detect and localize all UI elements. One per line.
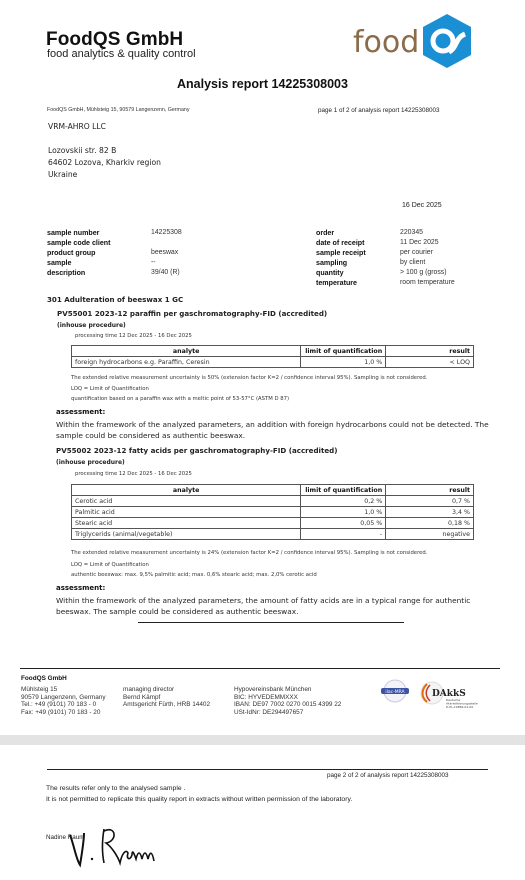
- table-header-row: analyte limit of quantification result: [72, 485, 474, 496]
- table-row: Triglycerids (animal/vegetable)-negative: [72, 529, 474, 540]
- section-title: 301 Adulteration of beeswax 1 GC: [47, 295, 183, 304]
- meta-label: date of receipt: [316, 239, 365, 247]
- report-title: Analysis report 14225308003: [0, 77, 525, 91]
- meta-value: 220345: [400, 229, 423, 236]
- col-loq: limit of quantification: [301, 485, 386, 496]
- footer-city: 90579 Langenzenn, Germany: [21, 694, 106, 702]
- table-row: foreign hydrocarbons e.g. Paraffin, Cere…: [72, 357, 474, 368]
- method1-procedure: (inhouse procedure): [57, 322, 126, 329]
- foodqs-logo: food: [353, 12, 475, 68]
- method2-assessment-label: assessment:: [56, 584, 105, 592]
- result-cell: negative: [386, 529, 474, 540]
- meta-value: 39/40 (R): [151, 269, 180, 276]
- table-row: Cerotic acid0,2 %0,7 %: [72, 496, 474, 507]
- meta-label: sample receipt: [316, 249, 366, 257]
- table-row: Stearic acid0,05 %0,18 %: [72, 518, 474, 529]
- analyte-cell: foreign hydrocarbons e.g. Paraffin, Cere…: [72, 357, 301, 368]
- method1-note-loq: LOQ = Limit of Quantification: [71, 386, 149, 392]
- col-analyte: analyte: [72, 485, 301, 496]
- meta-value: room temperature: [400, 279, 455, 286]
- col-result: result: [386, 346, 474, 357]
- meta-value: by client: [400, 259, 425, 266]
- dakks-logo: DAkkS Deutsche Akkreditierungsstelle D-P…: [417, 680, 507, 710]
- method1-note-uncertainty: The extended relative measurement uncert…: [71, 375, 427, 381]
- method2-processing-time: processing time 12 Dec 2025 - 16 Dec 202…: [75, 471, 192, 477]
- result-cell: < LOQ: [386, 357, 474, 368]
- footer-bic: BIC: HYVEDEMMXXX: [234, 694, 341, 702]
- method2-note-loq: LOQ = Limit of Quantification: [71, 562, 149, 568]
- loq-cell: 1,0 %: [301, 507, 386, 518]
- result-cell: 0,18 %: [386, 518, 474, 529]
- sender-line: FoodQS GmbH, Mühlsteig 15, 90579 Langenz…: [47, 107, 190, 113]
- method2-note-limits: authentic beeswax: max. 9,5% palmitic ac…: [71, 572, 317, 578]
- analyte-cell: Stearic acid: [72, 518, 301, 529]
- meta-label: description: [47, 269, 85, 277]
- footer-street: Mühlsteig 15: [21, 686, 106, 694]
- fatty-acids-results-table: analyte limit of quantification result C…: [71, 484, 474, 540]
- recipient-city: 64602 Lozova, Kharkiv region: [48, 158, 161, 167]
- page-break: [0, 735, 525, 745]
- ilac-mra-logo: ilac-MRA: [375, 679, 415, 703]
- recipient-street: Lozovskii str. 82 B: [48, 146, 116, 155]
- method1-title: PV55001 2023-12 paraffin per gaschromato…: [57, 309, 327, 318]
- footer-phone: Tel.: +49 (9101) 70 183 - 0: [21, 701, 106, 709]
- loq-cell: 0,2 %: [301, 496, 386, 507]
- report-date: 16 Dec 2025: [402, 202, 442, 209]
- meta-label: sample number: [47, 229, 99, 237]
- page2-info: page 2 of 2 of analysis report 142253080…: [327, 772, 448, 779]
- meta-label: order: [316, 229, 334, 237]
- paraffin-results-table: analyte limit of quantification result f…: [71, 345, 474, 368]
- meta-label: sample: [47, 259, 71, 267]
- meta-label: sampling: [316, 259, 347, 267]
- loq-cell: 0,05 %: [301, 518, 386, 529]
- result-cell: 3,4 %: [386, 507, 474, 518]
- meta-value: --: [151, 259, 156, 266]
- meta-value: 14225308: [151, 229, 182, 236]
- meta-value: beeswax: [151, 249, 178, 256]
- footer-fax: Fax: +49 (9101) 70 183 - 20: [21, 709, 106, 717]
- meta-label: product group: [47, 249, 95, 257]
- analyte-cell: Palmitic acid: [72, 507, 301, 518]
- meta-value: per courier: [400, 249, 433, 256]
- result-cell: 0,7 %: [386, 496, 474, 507]
- company-tagline: food analytics & quality control: [47, 48, 196, 60]
- method2-note-uncertainty: The extended relative measurement uncert…: [71, 550, 427, 556]
- method2-title: PV55002 2023-12 fatty acids per gaschrom…: [56, 446, 338, 455]
- footer-vat: USt-IdNr: DE294497657: [234, 709, 341, 717]
- page2-note-results: The results refer only to the analysed s…: [46, 785, 185, 792]
- page2-divider: [47, 769, 488, 770]
- analyte-cell: Cerotic acid: [72, 496, 301, 507]
- loq-cell: -: [301, 529, 386, 540]
- table-row: Palmitic acid1,0 %3,4 %: [72, 507, 474, 518]
- svg-text:D-PL-19869-01-00: D-PL-19869-01-00: [446, 705, 473, 709]
- analyte-cell: Triglycerids (animal/vegetable): [72, 529, 301, 540]
- method1-processing-time: processing time 12 Dec 2025 - 16 Dec 202…: [75, 333, 192, 339]
- recipient-name: VRM-AHRO LLC: [48, 122, 106, 131]
- footer-bank-name: Hypovereinsbank München: [234, 686, 341, 694]
- col-loq: limit of quantification: [301, 346, 386, 357]
- col-result: result: [386, 485, 474, 496]
- signature-icon: [60, 823, 170, 873]
- recipient-country: Ukraine: [48, 170, 77, 179]
- method2-assessment-text: Within the framework of the analyzed par…: [56, 595, 486, 617]
- footer-bank: Hypovereinsbank München BIC: HYVEDEMMXXX…: [234, 686, 341, 716]
- meta-value: 11 Dec 2025: [400, 239, 439, 246]
- logo-food-text: food: [353, 25, 419, 60]
- loq-cell: 1,0 %: [301, 357, 386, 368]
- page2-note-replication: It is not permitted to replicate this qu…: [46, 796, 352, 803]
- footer-divider: [20, 668, 500, 669]
- footer-address: Mühlsteig 15 90579 Langenzenn, Germany T…: [21, 686, 106, 716]
- page-info: page 1 of 2 of analysis report 142253080…: [318, 107, 439, 114]
- svg-text:ilac-MRA: ilac-MRA: [385, 689, 405, 695]
- method1-assessment-label: assessment:: [56, 408, 105, 416]
- meta-label: temperature: [316, 279, 357, 287]
- footer-iban: IBAN: DE97 7002 0270 0015 4399 22: [234, 701, 341, 709]
- meta-label: sample code client: [47, 239, 110, 247]
- method1-assessment-text: Within the framework of the analyzed par…: [56, 419, 496, 441]
- footer-register: Amtsgericht Fürth, HRB 14402: [123, 701, 210, 709]
- logo-hexagon-icon: [423, 14, 471, 68]
- method2-procedure: (inhouse procedure): [56, 459, 125, 466]
- meta-label: quantity: [316, 269, 344, 277]
- end-of-report-divider: [138, 622, 404, 623]
- meta-value: > 100 g (gross): [400, 269, 447, 276]
- method1-note-basis: quantification based on a paraffin wax w…: [71, 396, 289, 402]
- footer-management: managing director Bernd Kämpf Amtsgerich…: [123, 686, 210, 709]
- footer-md-name: Bernd Kämpf: [123, 694, 210, 702]
- footer-company: FoodQS GmbH: [21, 675, 67, 683]
- footer-md-label: managing director: [123, 686, 210, 694]
- table-header-row: analyte limit of quantification result: [72, 346, 474, 357]
- col-analyte: analyte: [72, 346, 301, 357]
